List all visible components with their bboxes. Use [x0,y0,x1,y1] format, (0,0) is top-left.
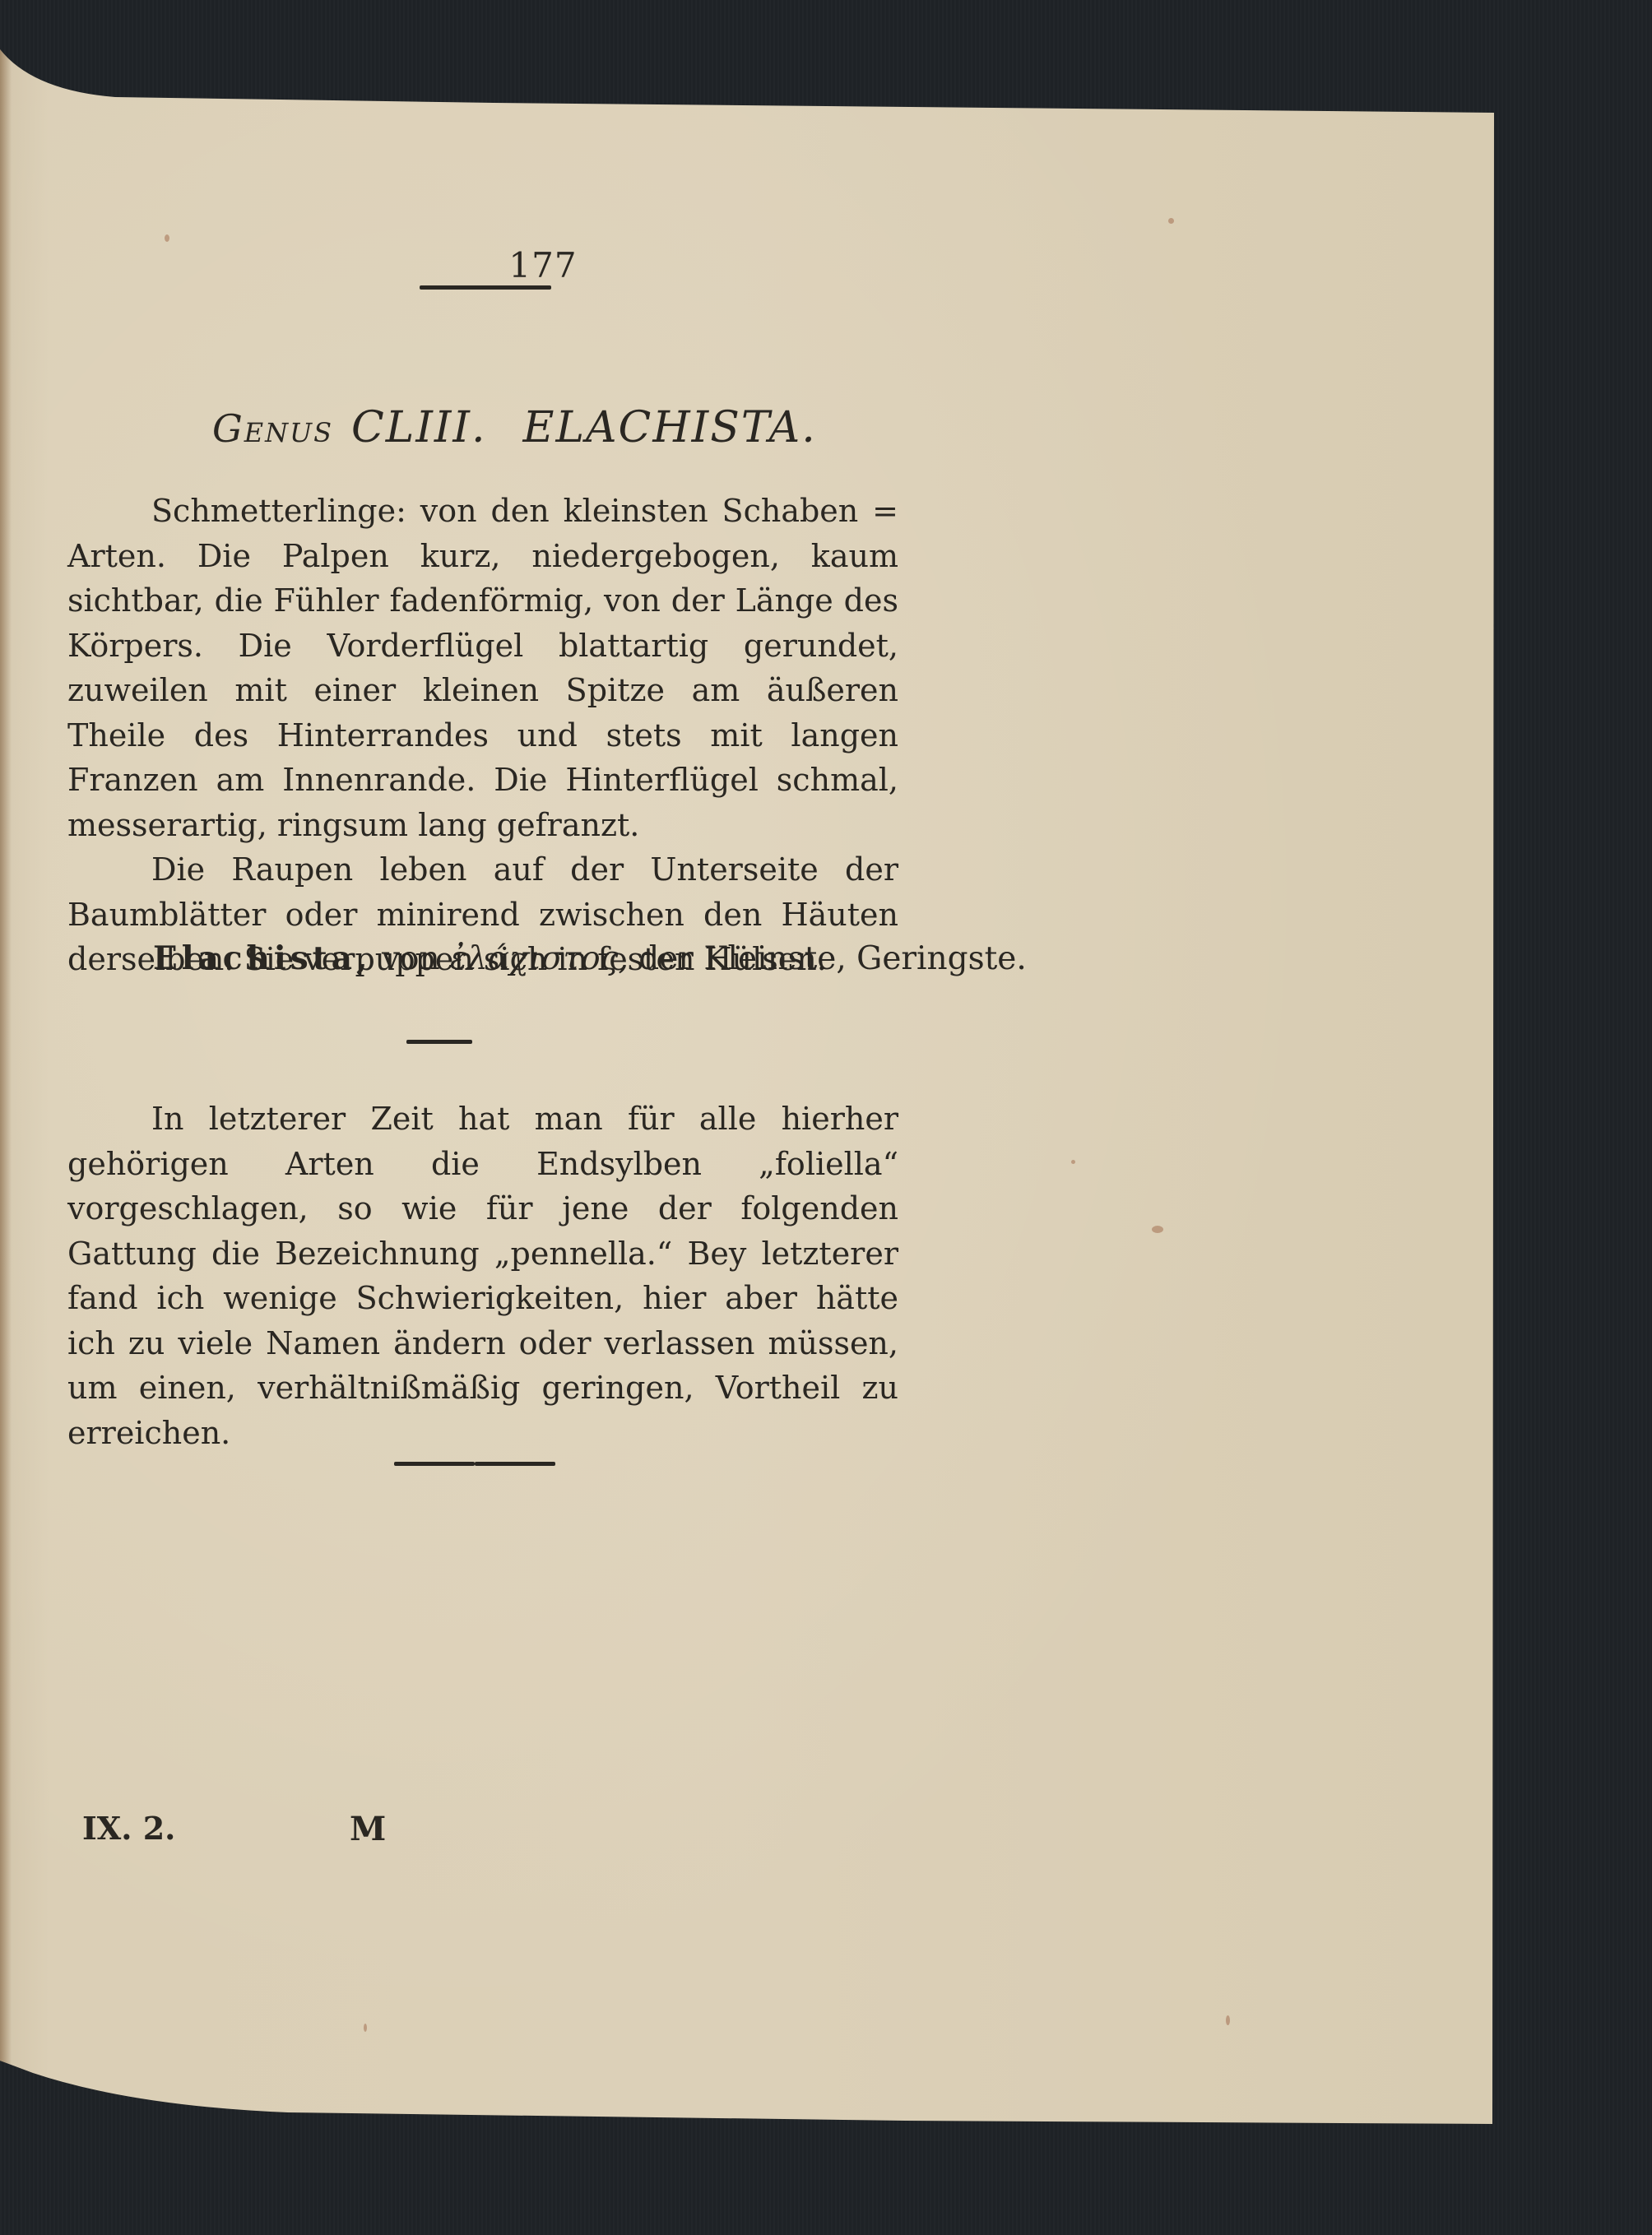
description-paragraph-imago: Schmetterlinge: von den kleinsten Schabe… [67,489,898,847]
author-note: In letzterer Zeit hat man für alle hierh… [67,1097,898,1455]
genus-description: Schmetterlinge: von den kleinsten Schabe… [67,489,898,982]
paper-speck [1071,1160,1075,1164]
etymology-meaning: der Kleinste, Geringste. [638,940,1027,977]
page-number-rule [420,285,551,290]
book-page: 177 GenusCLIII.ELACHISTA. Schmetterlinge… [0,0,1494,2235]
etymology-latin: Elachista, [153,939,372,977]
paper-speck [1226,2015,1230,2025]
genus-label: Genus [212,406,333,451]
page-number: 177 [0,245,1086,285]
end-rule-right [475,1462,555,1466]
genus-name: ELACHISTA. [522,403,816,452]
paper-speck [1152,1226,1163,1233]
etymology-greek: ἐλάχιστος, [450,940,629,977]
paper-speck [364,2024,367,2032]
genus-numeral: CLIII. [351,403,486,452]
genus-heading: GenusCLIII.ELACHISTA. [212,403,817,452]
section-divider-rule [406,1040,472,1044]
gathering-mark: M [350,1810,1263,1848]
etymology-line: Elachista, von ἐλάχιστος, der Kleinste, … [153,939,1027,977]
paper-speck [165,234,169,242]
volume-signature: IX. 2. [82,1810,175,1847]
page-gutter-shadow [0,0,12,2235]
etymology-connector: von [382,940,440,977]
paper-speck [1168,218,1174,224]
end-rule-left [394,1462,475,1466]
note-paragraph: In letzterer Zeit hat man für alle hierh… [67,1097,898,1455]
